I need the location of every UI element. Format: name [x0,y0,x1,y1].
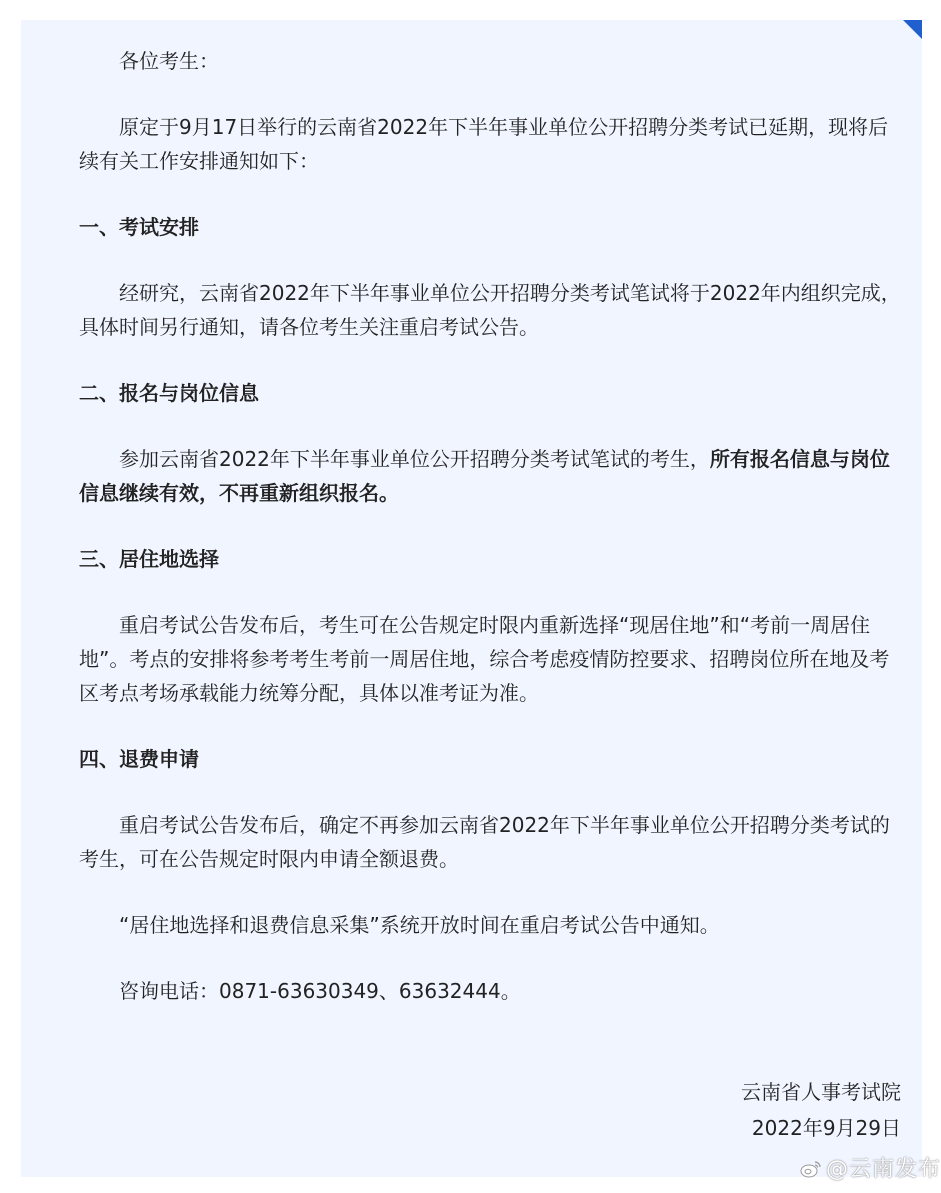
contact-phone: 咨询电话：0871-63630349、63632444。 [79,974,901,1008]
section-body-2: 参加云南省2022年下半年事业单位公开招聘分类考试笔试的考生，所有报名信息与岗位… [79,442,901,510]
section-body-1: 经研究，云南省2022年下半年事业单位公开招聘分类考试笔试将于2022年内组织完… [79,276,901,344]
greeting: 各位考生： [79,44,901,78]
section-heading-2: 二、报名与岗位信息 [79,376,901,410]
corner-triangle-icon [903,20,922,39]
notice-panel: 各位考生： 原定于9月17日举行的云南省2022年下半年事业单位公开招聘分类考试… [21,20,922,1177]
weibo-icon [800,1159,822,1177]
section-heading-3: 三、居住地选择 [79,542,901,576]
section-heading-4: 四、退费申请 [79,742,901,776]
watermark: @云南发布 [800,1152,941,1183]
section-body-2-plain: 参加云南省2022年下半年事业单位公开招聘分类考试笔试的考生， [119,447,710,471]
intro-text: 原定于9月17日举行的云南省2022年下半年事业单位公开招聘分类考试已延期，现将… [79,115,888,173]
signature-date: 2022年9月29日 [752,1111,901,1145]
section-heading-1: 一、考试安排 [79,210,901,244]
signature-org: 云南省人事考试院 [741,1075,901,1109]
section-body-3: 重启考试公告发布后，考生可在公告规定时限内重新选择“现居住地”和“考前一周居住地… [79,608,901,710]
intro-paragraph: 原定于9月17日举行的云南省2022年下半年事业单位公开招聘分类考试已延期，现将… [79,110,901,178]
section-body-4: 重启考试公告发布后，确定不再参加云南省2022年下半年事业单位公开招聘分类考试的… [79,808,901,876]
watermark-text: @云南发布 [826,1152,941,1183]
system-note: “居住地选择和退费信息采集”系统开放时间在重启考试公告中通知。 [79,908,901,942]
